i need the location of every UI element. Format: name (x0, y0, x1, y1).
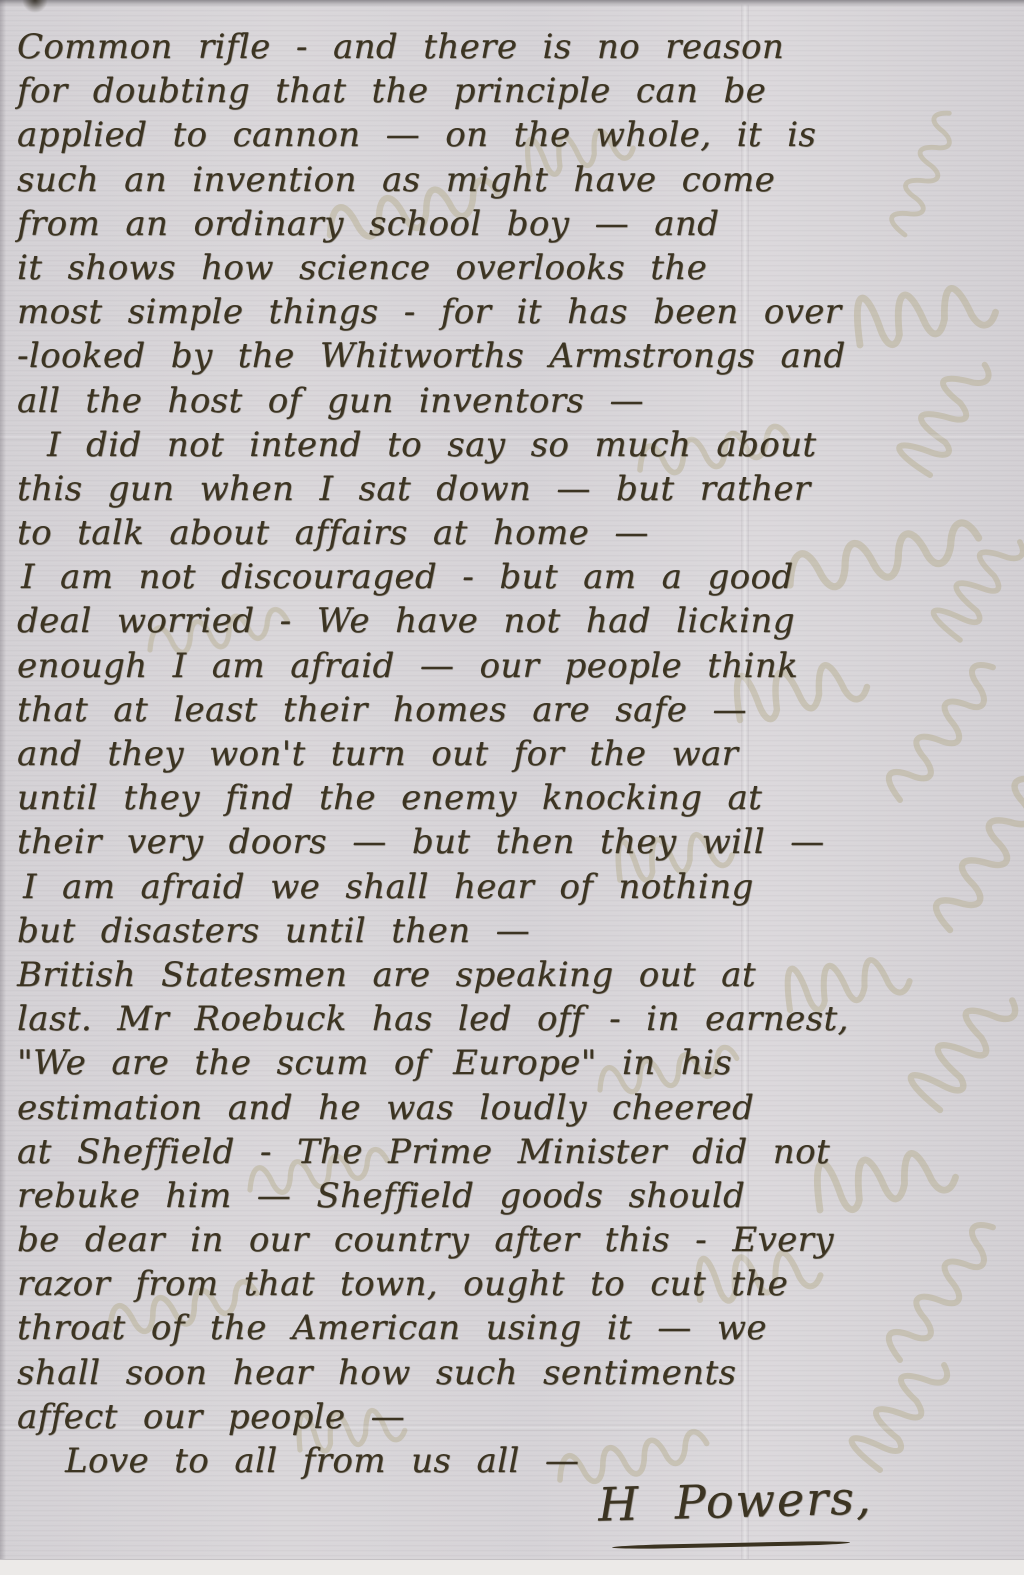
letter-line-13: I am not discouraged - but am a good (17, 555, 1004, 599)
letter-body: Common rifle - and there is no reasonfor… (17, 25, 1004, 1483)
letter-line-25: estimation and he was loudly cheered (17, 1086, 1004, 1130)
letter-line-31: shall soon hear how such sentiments (17, 1351, 1004, 1395)
letter-line-19: their very doors — but then they will — (17, 820, 1004, 864)
letter-line-29: razor from that town, ought to cut the (17, 1262, 1004, 1306)
letter-line-32: affect our people — (17, 1395, 1004, 1439)
letter-line-10: I did not intend to say so much about (17, 423, 1004, 467)
letter-line-7: most simple things - for it has been ove… (17, 290, 1004, 334)
letter-page: Common rifle - and there is no reasonfor… (0, 0, 1024, 1575)
letter-line-24: "We are the scum of Europe" in his (17, 1041, 1004, 1085)
scan-edge-bottom (0, 1559, 1024, 1575)
letter-line-4: such an invention as might have come (17, 158, 1004, 202)
letter-line-30: throat of the American using it — we (17, 1306, 1004, 1350)
letter-line-23: last. Mr Roebuck has led off - in earnes… (17, 997, 1004, 1041)
letter-line-11: this gun when I sat down — but rather (17, 467, 1004, 511)
letter-line-17: and they won't turn out for the war (17, 732, 1004, 776)
signature: H Powers, (597, 1470, 873, 1531)
letter-line-21: but disasters until then — (17, 909, 1004, 953)
letter-line-28: be dear in our country after this - Ever… (17, 1218, 1004, 1262)
letter-line-15: enough I am afraid — our people think (17, 644, 1004, 688)
letter-line-14: deal worried - We have not had licking (17, 599, 1004, 643)
letter-line-18: until they find the enemy knocking at (17, 776, 1004, 820)
letter-line-5: from an ordinary school boy — and (17, 202, 1004, 246)
letter-line-9: all the host of gun inventors — (17, 379, 1004, 423)
letter-line-27: rebuke him — Sheffield goods should (17, 1174, 1004, 1218)
letter-line-1: Common rifle - and there is no reason (17, 25, 1004, 69)
letter-line-8: -looked by the Whitworths Armstrongs and (17, 334, 1004, 378)
letter-line-22: British Statesmen are speaking out at (17, 953, 1004, 997)
letter-line-20: I am afraid we shall hear of nothing (17, 865, 1004, 909)
letter-line-3: applied to cannon — on the whole, it is (17, 113, 1004, 157)
letter-line-12: to talk about affairs at home — (17, 511, 1004, 555)
letter-line-2: for doubting that the principle can be (17, 69, 1004, 113)
ink-smudge (22, 0, 48, 13)
scan-edge-left (0, 0, 6, 1575)
letter-line-26: at Sheffield - The Prime Minister did no… (17, 1130, 1004, 1174)
letter-line-16: that at least their homes are safe — (17, 688, 1004, 732)
letter-line-6: it shows how science overlooks the (17, 246, 1004, 290)
scan-edge-top (0, 0, 1024, 7)
